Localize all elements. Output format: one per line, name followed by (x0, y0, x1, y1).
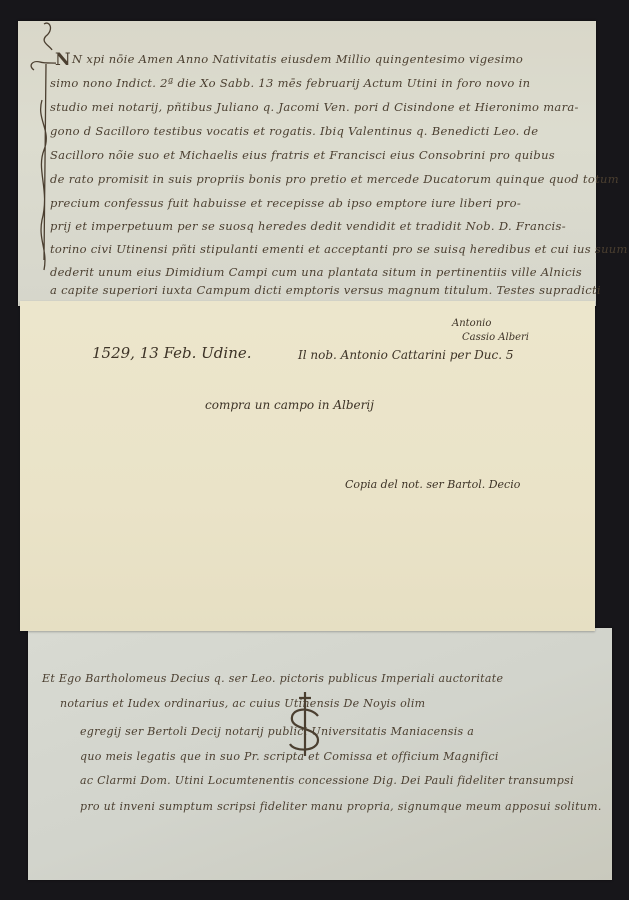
top-line-10: dederit unum eius Dimidium Campi cum una… (50, 265, 582, 279)
top-line-7: precium confessus fuit habuisse et recep… (50, 196, 521, 210)
bottom-line-3: egregij ser Bertoli Decij notarij public… (80, 725, 474, 738)
top-line-3: studio mei notarij, pñtibus Julianο q. J… (50, 100, 579, 114)
top-line-9: torino civi Utinensi pñti stipulanti eme… (50, 242, 628, 256)
bottom-line-2: notarius et Iudex ordinarius, ac cuius U… (60, 697, 425, 710)
note-summary: Il nob. Antonio Cattarini per Duc. 5 (298, 348, 513, 362)
note-summary-line-2: compra un campo in Alberij (205, 398, 374, 412)
note-signature: Copia del not. ser Bartol. Decio (345, 478, 520, 491)
notary-signum-icon (280, 690, 330, 760)
top-line-8: prij et imperpetuum per se suosq heredes… (50, 219, 566, 233)
note-margin-2: Cassio Alberi (462, 332, 529, 343)
top-line-5: Sacillοro nõie suo et Michaelis eius fra… (50, 148, 555, 162)
top-line-1: N xpi nōie Amen Anno Nativitatis eiusdem… (72, 52, 523, 66)
top-line-4: gono d Sacillοro testibus vocatis et rog… (50, 124, 538, 138)
top-line-2: simo nono Indict. 2ª die Xo Sabb. 13 mēs… (50, 76, 530, 90)
bottom-line-6: pro ut inveni sumptum scripsi fideliter … (80, 800, 602, 813)
top-line-6: de rato promisit in suis propriis bonis … (50, 172, 619, 186)
bottom-line-1: Et Ego Bartholomeus Decius q. ser Leo. p… (42, 672, 503, 685)
bleed-through-text (40, 341, 44, 354)
note-margin-1: Antonio (452, 318, 491, 329)
initial-n: N (55, 50, 71, 70)
note-heading: 1529, 13 Feb. Udine. (92, 344, 252, 362)
top-line-11: a capite superiori iuxta Campum dicti em… (50, 283, 601, 297)
bottom-line-5: ac Clarmi Dom. Utini Locumtenentis conce… (80, 774, 574, 787)
